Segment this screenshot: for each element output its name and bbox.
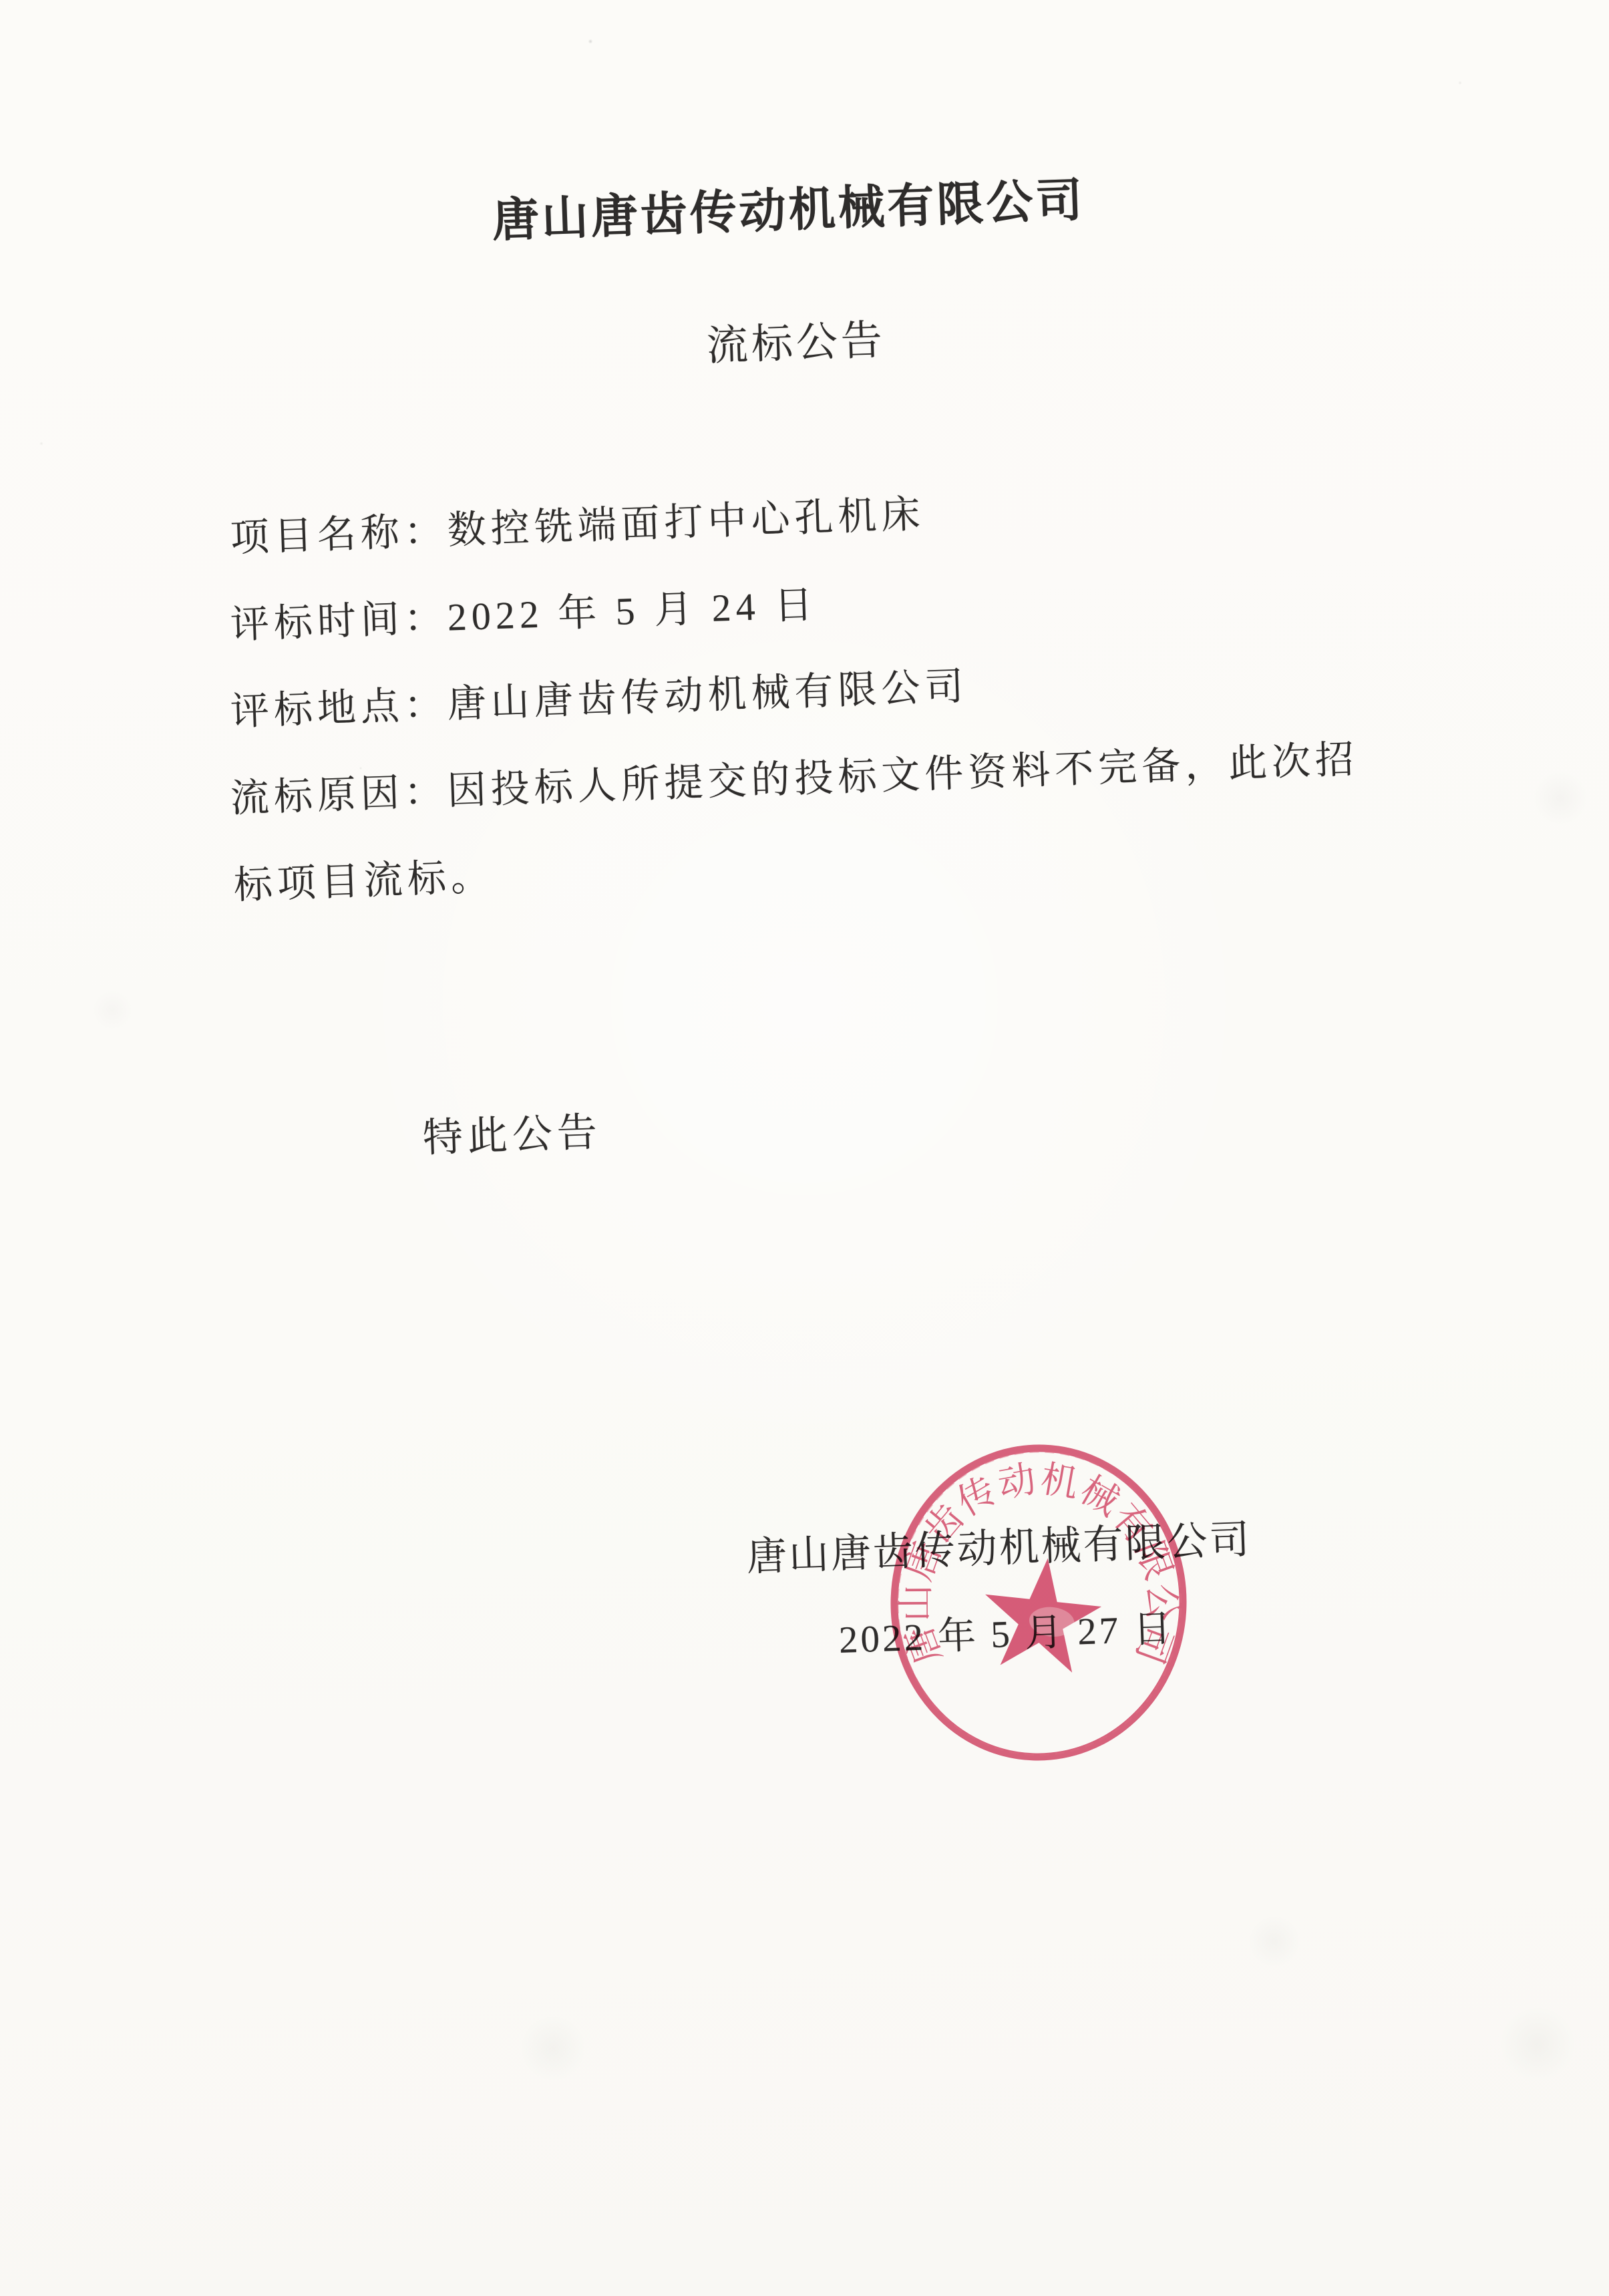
field-value: 因投标人所提交的投标文件资料不完备，此次招 <box>447 737 1359 813</box>
page-title: 唐山唐齿传动机械有限公司 <box>492 175 1086 248</box>
body-line-evaluation-time: 评标时间：2022 年 5 月 24 日 <box>230 583 818 647</box>
stamp-arc-text: 唐山唐齿传动机械有限公司 <box>892 1454 1187 1679</box>
field-label: 评标时间： <box>230 596 448 647</box>
body-line-evaluation-place: 评标地点：唐山唐齿传动机械有限公司 <box>230 665 969 733</box>
body-line-failure-reason-wrap: 标项目流标。 <box>233 855 495 908</box>
field-label: 流标原因： <box>230 770 448 820</box>
field-value: 2022 年 5 月 24 日 <box>447 583 818 639</box>
scanned-announcement-page: 唐山唐齿传动机械有限公司 流标公告 项目名称：数控铣端面打中心孔机床 评标时间：… <box>0 0 1609 2296</box>
field-label: 项目名称： <box>230 509 448 560</box>
body-line-project-name: 项目名称：数控铣端面打中心孔机床 <box>230 493 926 560</box>
field-value: 唐山唐齿传动机械有限公司 <box>447 664 969 725</box>
closing-statement: 特此公告 <box>422 1110 602 1161</box>
body-line-failure-reason: 流标原因：因投标人所提交的投标文件资料不完备，此次招 <box>230 738 1359 821</box>
page-subtitle: 流标公告 <box>706 318 886 371</box>
company-seal-stamp: 唐山唐齿传动机械有限公司 <box>865 1422 1212 1783</box>
stamp-arc-text-container: 唐山唐齿传动机械有限公司 <box>892 1454 1187 1679</box>
field-value: 标项目流标。 <box>233 854 495 907</box>
red-star-icon <box>978 1552 1105 1675</box>
field-value: 数控铣端面打中心孔机床 <box>447 492 926 552</box>
field-label: 评标地点： <box>230 683 448 733</box>
